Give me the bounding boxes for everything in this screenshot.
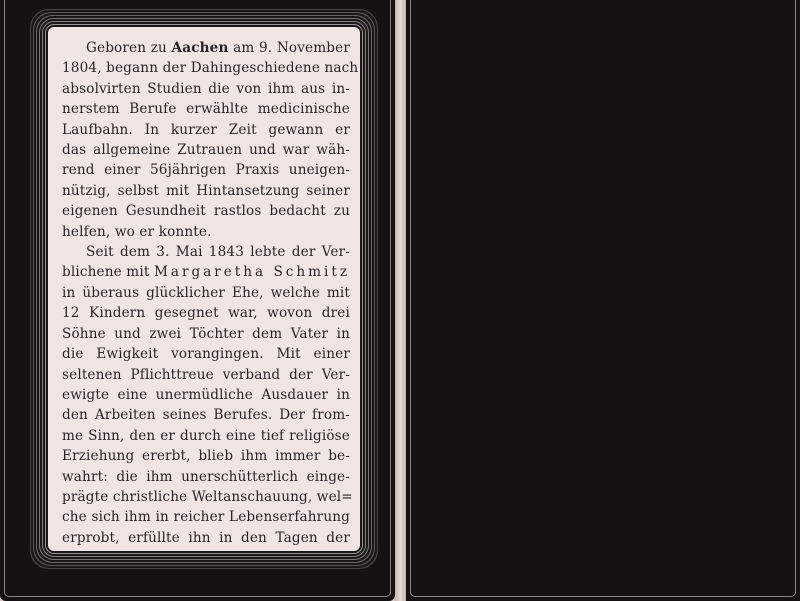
text-line: Söhne und zwei Töchter dem Vater in	[62, 324, 350, 344]
text-segment: rend einer 56jährigen Praxis uneigen-	[62, 162, 350, 178]
text-segment: Geboren zu	[86, 40, 172, 56]
emphasized-place-name: Aachen	[172, 40, 229, 56]
text-line: Geboren zu Aachen am 9. November	[62, 38, 350, 58]
text-segment: 12 Kindern gesegnet war, wovon drei	[62, 305, 350, 321]
text-segment: che sich ihm in reicher Lebenserfahrung	[62, 509, 350, 525]
text-line: me Sinn, den er durch eine tief religiös…	[62, 426, 350, 446]
card-fold	[395, 0, 406, 601]
text-segment: Erziehung ererbt, blieb ihm immer be-	[62, 448, 350, 464]
text-segment: prägte christliche Weltanschauung, wel=	[62, 489, 353, 505]
text-line: ewigte eine unermüdliche Ausdauer in	[62, 385, 350, 405]
text-segment: wahrt: die ihm unerschütterlich einge-	[62, 469, 350, 485]
text-segment: Seit dem 3. Mai 1843 lebte der Ver-	[86, 244, 350, 260]
text-line: Laufbahn. In kurzer Zeit gewann er	[62, 120, 350, 140]
text-line: nerstem Berufe erwählte medicinische	[62, 99, 350, 119]
text-line: erprobt, erfüllte ihn in den Tagen der	[62, 528, 350, 548]
text-segment: die Ewigkeit vorangingen. Mit einer	[62, 346, 350, 362]
text-line: Seit dem 3. Mai 1843 lebte der Ver-	[62, 242, 350, 262]
biography-text: Geboren zu Aachen am 9. November1804, be…	[62, 38, 350, 548]
text-line: che sich ihm in reicher Lebenserfahrung	[62, 507, 350, 527]
text-segment: seltenen Pflichttreue verband der Ver-	[62, 367, 350, 383]
text-segment: me Sinn, den er durch eine tief religiös…	[62, 428, 350, 444]
text-line: nützig, selbst mit Hintansetzung seiner	[62, 181, 350, 201]
text-line: absolvirten Studien die von ihm aus in-	[62, 79, 350, 99]
text-segment: Söhne und zwei Töchter dem Vater in	[62, 326, 350, 342]
text-segment: Laufbahn. In kurzer Zeit gewann er	[62, 122, 350, 138]
text-segment: 1804, begann der Dahingeschiedene nach	[62, 60, 358, 76]
text-line: den Arbeiten seines Berufes. Der from-	[62, 405, 350, 425]
text-line: helfen, wo er konnte.	[62, 222, 350, 242]
text-segment: nützig, selbst mit Hintansetzung seiner	[62, 183, 350, 199]
text-segment: das allgemeine Zutrauen und war wäh-	[62, 142, 350, 158]
text-line: Erziehung ererbt, blieb ihm immer be-	[62, 446, 350, 466]
outer-border-line	[410, 0, 796, 597]
text-segment: nerstem Berufe erwählte medicinische	[62, 101, 350, 117]
text-segment: blichene mit	[62, 264, 154, 280]
text-line: 1804, begann der Dahingeschiedene nach	[62, 58, 350, 78]
left-card-panel: Geboren zu Aachen am 9. November1804, be…	[0, 0, 395, 601]
text-line: wahrt: die ihm unerschütterlich einge-	[62, 467, 350, 487]
text-segment: erprobt, erfüllte ihn in den Tagen der	[62, 530, 350, 546]
text-line: blichene mit Margaretha Schmitz	[62, 262, 350, 282]
text-line: in überaus glücklicher Ehe, welche mit	[62, 283, 350, 303]
text-line: eigenen Gesundheit rastlos bedacht zu	[62, 201, 350, 221]
spouse-name: Margaretha Schmitz	[154, 264, 350, 280]
left-text-area: Geboren zu Aachen am 9. November1804, be…	[48, 27, 360, 551]
text-segment: ewigte eine unermüdliche Ausdauer in	[62, 387, 350, 403]
text-segment: am 9. November	[229, 40, 351, 56]
text-segment: eigenen Gesundheit rastlos bedacht zu	[62, 203, 350, 219]
text-segment: absolvirten Studien die von ihm aus in-	[62, 81, 350, 97]
text-segment: den Arbeiten seines Berufes. Der from-	[62, 407, 350, 423]
text-segment: helfen, wo er konnte.	[62, 224, 212, 240]
text-line: 12 Kindern gesegnet war, wovon drei	[62, 303, 350, 323]
text-segment: in überaus glücklicher Ehe, welche mit	[62, 285, 350, 301]
text-line: prägte christliche Weltanschauung, wel=	[62, 487, 350, 507]
text-line: seltenen Pflichttreue verband der Ver-	[62, 365, 350, 385]
text-line: das allgemeine Zutrauen und war wäh-	[62, 140, 350, 160]
right-card-panel: Krankheit mit Geduld und Ergebung und im…	[406, 0, 800, 601]
text-line: die Ewigkeit vorangingen. Mit einer	[62, 344, 350, 364]
text-line: rend einer 56jährigen Praxis uneigen-	[62, 160, 350, 180]
